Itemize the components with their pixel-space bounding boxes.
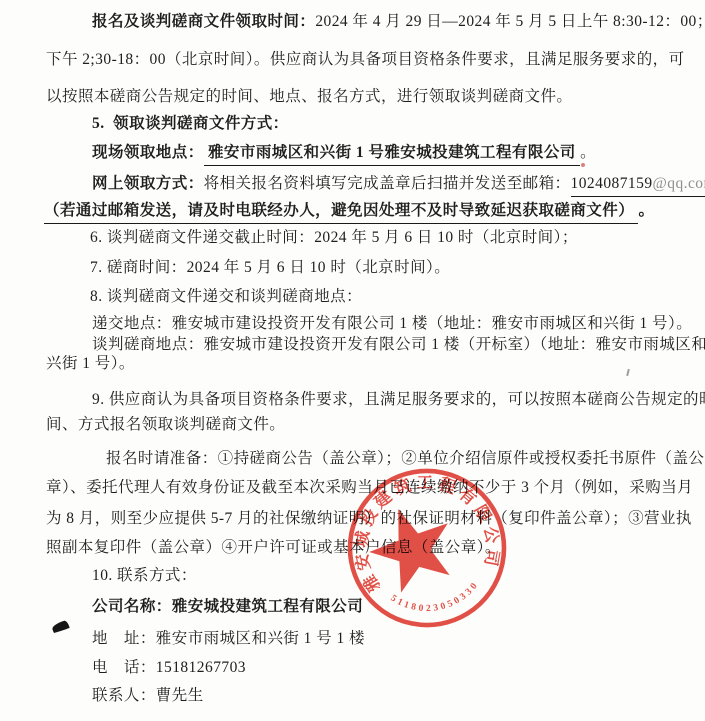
doc-line-19: 照副本复印件（盖公章）④开户许可证或基本户信息（盖公章）。 [46,537,501,559]
doc-line-15: 间、方式报名领取谈判磋商文件。 [46,414,285,436]
text-segment: 电 话：15181267703 [92,657,246,679]
text-segment: 2024 年 4 月 29 日—2024 年 5 月 5 日上午 8:30-12… [315,11,705,33]
text-segment: 6. 谈判磋商文件递交截止时间：2024 年 5 月 6 日 10 时（北京时间… [90,227,578,249]
text-segment: @qq.com [653,173,705,197]
text-segment: 。 [638,200,654,222]
text-segment: 以按照本磋商公告规定的时间、地点、报名方式，进行领取谈判磋商文件。 [46,86,572,108]
text-segment: 公司名称：雅安城投建筑工程有限公司 [92,596,363,618]
text-segment: 为 8 月，则至少应提供 5-7 月的社保缴纳证明）的社保证明材料（复印件盖公章… [46,508,692,530]
doc-line-21: 公司名称：雅安城投建筑工程有限公司 [92,596,363,618]
text-segment: 地 址：雅安市雨城区和兴街 1 号 1 楼 [92,628,365,650]
scan-speck [626,369,630,376]
text-segment: 网上领取方式： [92,173,204,195]
seal-serial-text: 5118023050330 [387,578,485,621]
text-segment: 报名时请准备：①持磋商公告（盖公章）；②单位介绍信原件或授权委托书原件（盖公 [106,448,704,470]
text-segment: 将相关报名资料填写完成盖章后扫描并发送至邮箱： [204,173,571,195]
doc-line-6: 网上领取方式：将相关报名资料填写完成盖章后扫描并发送至邮箱：1024087159… [92,173,705,197]
doc-line-16: 报名时请准备：①持磋商公告（盖公章）；②单位介绍信原件或授权委托书原件（盖公 [106,448,704,470]
text-segment: 下午 2;30-18：00（北京时间）。供应商认为具备项目资格条件要求，且满足服… [46,49,685,71]
doc-line-20: 10. 联系方式： [92,565,197,587]
document-page: 报名及谈判磋商文件领取时间：2024 年 4 月 29 日—2024 年 5 月… [0,0,705,721]
text-segment: 10. 联系方式： [92,565,197,587]
doc-line-24: 联系人：曹先生 [92,685,204,707]
doc-line-14: 9. 供应商认为具备项目资格条件要求，且满足服务要求的，可以按照本磋商公告规定的… [92,389,705,411]
doc-line-3: 以按照本磋商公告规定的时间、地点、报名方式，进行领取谈判磋商文件。 [46,86,572,108]
text-segment: 8. 谈判磋商文件递交和谈判磋商地点： [90,286,362,308]
ink-speck [581,163,585,167]
doc-line-17: 章）、委托代理人有效身份证及截至本次采购当月已连续缴纳不少于 3 个月（例如，采… [46,477,693,499]
text-segment: 递交地点：雅安城市建设投资开发有限公司 1 楼（地址：雅安市雨城区和兴街 1 号… [92,313,692,335]
doc-line-13: 兴街 1 号）。 [46,353,135,375]
doc-line-9: 7. 磋商时间：2024 年 5 月 6 日 10 时（北京时间）。 [90,257,450,279]
text-segment: 联系人：曹先生 [92,685,204,707]
svg-text:5118023050330: 5118023050330 [387,578,485,621]
doc-line-10: 8. 谈判磋商文件递交和谈判磋商地点： [90,286,362,308]
text-segment: 雅安市雨城区和兴街 1 号雅安城投建筑工程有限公司 [204,142,580,166]
doc-line-23: 电 话：15181267703 [92,657,246,679]
pen-mark [51,620,70,633]
doc-line-2: 下午 2;30-18：00（北京时间）。供应商认为具备项目资格条件要求，且满足服… [46,49,685,71]
text-segment: 章）、委托代理人有效身份证及截至本次采购当月已连续缴纳不少于 3 个月（例如，采… [46,477,693,499]
doc-line-22: 地 址：雅安市雨城区和兴街 1 号 1 楼 [92,628,365,650]
doc-line-18: 为 8 月，则至少应提供 5-7 月的社保缴纳证明）的社保证明材料（复印件盖公章… [46,508,692,530]
text-segment: 照副本复印件（盖公章）④开户许可证或基本户信息（盖公章）。 [46,537,501,559]
text-segment: 1024087159 [571,173,653,197]
doc-line-4: 5. 领取谈判磋商文件方式： [92,113,289,135]
doc-line-12: 谈判磋商地点：雅安城市建设投资开发有限公司 1 楼（开标室）（地址：雅安市雨城区… [92,334,705,356]
doc-line-5: 现场领取地点： 雅安市雨城区和兴街 1 号雅安城投建筑工程有限公司 。 [92,142,596,166]
text-segment: 5. 领取谈判磋商文件方式： [92,113,289,135]
text-segment: 。 [580,142,596,164]
doc-line-8: 6. 谈判磋商文件递交截止时间：2024 年 5 月 6 日 10 时（北京时间… [90,227,578,249]
text-segment: （若通过邮箱发送，请及时电联经办人，避免因处理不及时导致延迟获取磋商文件） [44,200,638,224]
doc-line-11: 递交地点：雅安城市建设投资开发有限公司 1 楼（地址：雅安市雨城区和兴街 1 号… [92,313,692,335]
text-segment: 兴街 1 号）。 [46,353,135,375]
text-segment: 谈判磋商地点：雅安城市建设投资开发有限公司 1 楼（开标室）（地址：雅安市雨城区… [92,334,705,356]
text-segment: 7. 磋商时间：2024 年 5 月 6 日 10 时（北京时间）。 [90,257,450,279]
text-segment: 9. 供应商认为具备项目资格条件要求，且满足服务要求的，可以按照本磋商公告规定的… [92,389,705,411]
doc-line-7: （若通过邮箱发送，请及时电联经办人，避免因处理不及时导致延迟获取磋商文件） 。 [44,200,654,224]
text-segment: 现场领取地点： [92,142,204,164]
text-segment: 间、方式报名领取谈判磋商文件。 [46,414,285,436]
doc-line-1: 报名及谈判磋商文件领取时间：2024 年 4 月 29 日—2024 年 5 月… [92,11,705,33]
text-segment: 报名及谈判磋商文件领取时间： [92,11,315,33]
